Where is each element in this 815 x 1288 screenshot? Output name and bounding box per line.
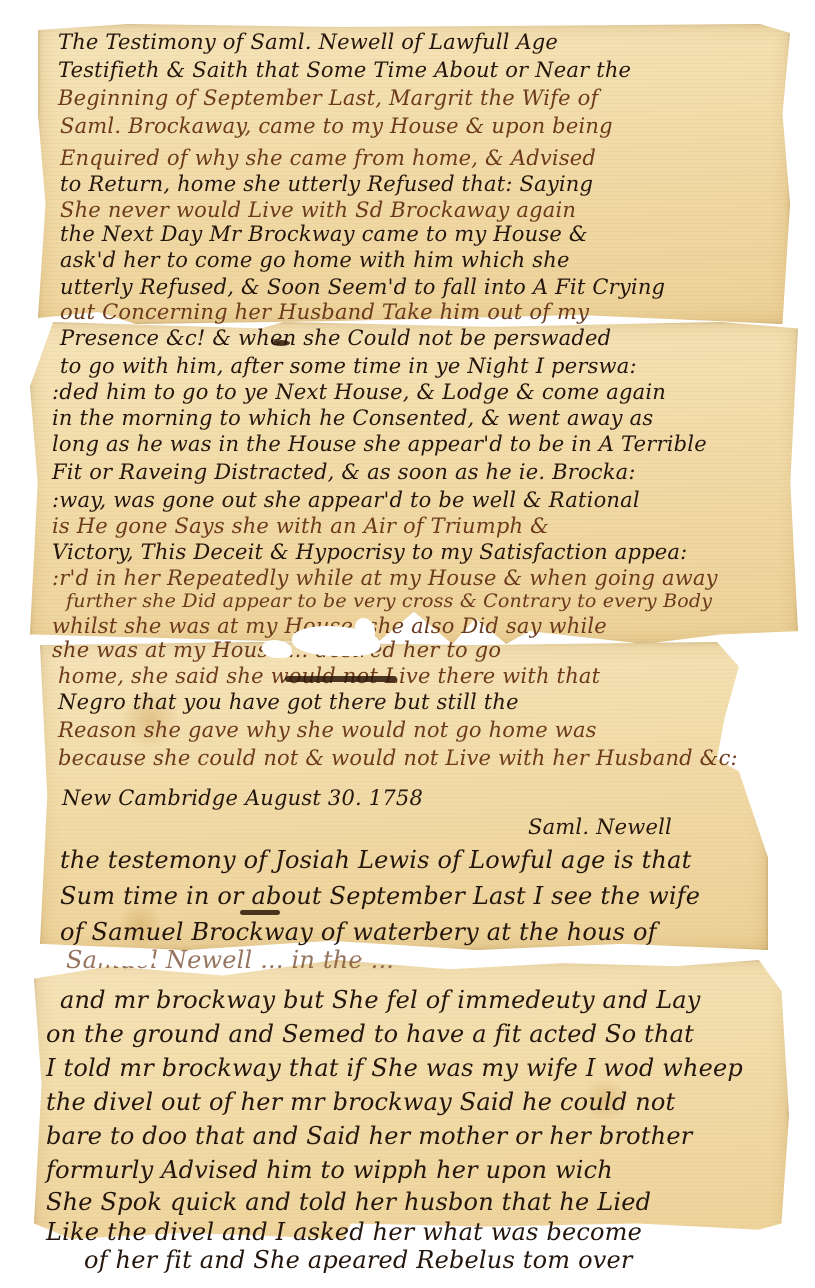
- manuscript-line: Sum time in or about September Last I se…: [60, 882, 700, 910]
- manuscript-line: the testemony of Josiah Lewis of Lowful …: [60, 846, 691, 874]
- manuscript-line: utterly Refused, & Soon Seem'd to fall i…: [60, 275, 665, 299]
- manuscript-line: Fit or Raveing Distracted, & as soon as …: [52, 460, 636, 484]
- manuscript-line: Reason she gave why she would not go hom…: [58, 718, 597, 742]
- manuscript-line: :way, was gone out she appear'd to be we…: [52, 488, 640, 512]
- signature-newell: Saml. Newell: [528, 815, 672, 839]
- manuscript-line: of Samuel Brockway of waterbery at the h…: [60, 918, 657, 946]
- manuscript-line: Negro that you have got there but still …: [58, 690, 519, 714]
- manuscript-line: Enquired of why she came from home, & Ad…: [60, 146, 596, 170]
- place-date: New Cambridge August 30. 1758: [62, 786, 423, 810]
- manuscript-line: ask'd her to come go home with him which…: [60, 248, 570, 272]
- manuscript-line: She never would Live with Sd Brockaway a…: [60, 198, 576, 222]
- manuscript-line: the divel out of her mr brockway Said he…: [46, 1088, 675, 1116]
- manuscript-line: is He gone Says she with an Air of Trium…: [52, 514, 549, 538]
- manuscript-line: in the morning to which he Consented, & …: [52, 406, 653, 430]
- ink-strikethrough: [285, 676, 397, 682]
- manuscript-line: Saml. Brockaway, came to my House & upon…: [60, 114, 613, 138]
- manuscript-line: to Return, home she utterly Refused that…: [60, 172, 593, 196]
- manuscript-line: :ded him to go to ye Next House, & Lodge…: [52, 380, 666, 404]
- ink-strikethrough: [240, 910, 280, 915]
- manuscript-line: bare to doo that and Said her mother or …: [46, 1122, 692, 1150]
- manuscript-line: Presence &c! & when she Could not be per…: [60, 326, 611, 350]
- manuscript-line: Victory, This Deceit & Hypocrisy to my S…: [52, 540, 687, 564]
- manuscript-line: formurly Advised him to wipph her upon w…: [46, 1156, 613, 1184]
- manuscript-line: I told mr brockway that if She was my wi…: [46, 1054, 743, 1082]
- paper-tear: [360, 952, 560, 962]
- manuscript-line: Beginning of September Last, Margrit the…: [58, 86, 598, 110]
- paper-tear: [262, 640, 292, 658]
- manuscript-line: Like the divel and I asked her what was …: [46, 1218, 642, 1246]
- manuscript-line: on the ground and Semed to have a fit ac…: [46, 1020, 694, 1048]
- manuscript-line: The Testimony of Saml. Newell of Lawfull…: [58, 30, 558, 54]
- manuscript-line: further she Did appear to be very cross …: [66, 590, 712, 612]
- paper-tear: [95, 952, 155, 966]
- manuscript-line: and mr brockway but She fel of immedeuty…: [60, 986, 701, 1014]
- manuscript-line: because she could not & would not Live w…: [58, 746, 738, 770]
- manuscript-line: out Concerning her Husband Take him out …: [60, 300, 589, 324]
- manuscript-line: the Next Day Mr Brockway came to my Hous…: [60, 222, 588, 246]
- ink-blot: [272, 340, 290, 346]
- manuscript-line: to go with him, after some time in ye Ni…: [60, 354, 637, 378]
- manuscript-line: Testifieth & Saith that Some Time About …: [58, 58, 631, 82]
- manuscript-line: of her fit and She apeared Rebelus tom o…: [84, 1246, 633, 1274]
- manuscript-line: long as he was in the House she appear'd…: [52, 432, 707, 456]
- manuscript-line: She Spok quick and told her husbon that …: [46, 1188, 651, 1216]
- manuscript-line: :r'd in her Repeatedly while at my House…: [52, 566, 718, 590]
